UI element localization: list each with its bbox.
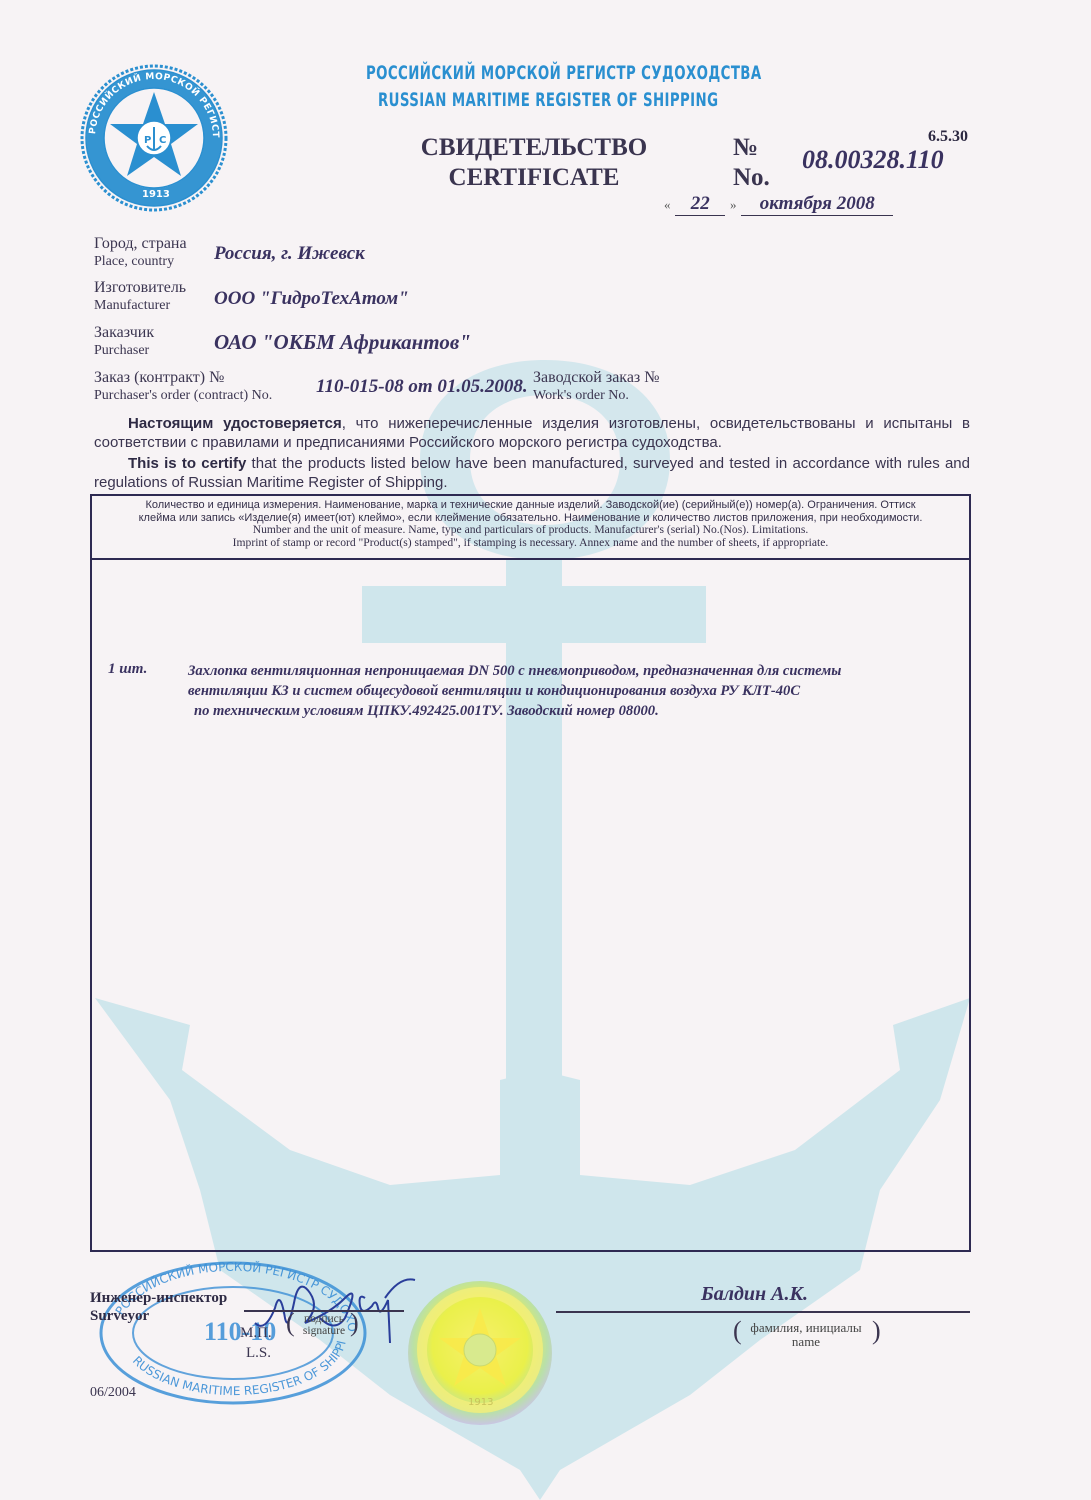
svg-text:1913: 1913 [142, 189, 170, 200]
number-label-en: No. [733, 163, 770, 193]
surveyor-label-en: Surveyor [90, 1307, 149, 1325]
signature-line [244, 1310, 404, 1312]
table-header-en-line-1: Number and the unit of measure. Name, ty… [92, 524, 969, 537]
date-day: 22 [675, 193, 725, 216]
name-label-en: name [743, 1335, 869, 1349]
name-paren-close: ) [872, 1316, 881, 1346]
name-line [556, 1311, 970, 1313]
name-caption: фамилия, инициалы name [743, 1321, 869, 1349]
signature-label-en: signature [296, 1325, 352, 1337]
certify-lead-ru: Настоящим удостоверяется [128, 415, 342, 432]
products-table-header: Количество и единица измерения. Наименов… [92, 496, 969, 560]
item-quantity: 1 шт. [108, 661, 147, 678]
surveyor-label-ru: Инженер-инспектор [90, 1289, 227, 1307]
form-edition: 06/2004 [90, 1385, 136, 1401]
certify-text-ru: Настоящим удостоверяется, что нижеперечи… [94, 414, 970, 452]
form-number: 6.5.30 [928, 128, 968, 146]
purchaser-value: ОАО "ОКБМ Африкантов" [214, 330, 471, 355]
svg-text:1913: 1913 [468, 1397, 493, 1408]
purchaser-label-en: Purchaser [94, 342, 149, 360]
register-name-ru: РОССИЙСКИЙ МОРСКОЙ РЕГИСТР СУДОХОДСТВА [366, 62, 762, 84]
order-value: 110-015-08 от 01.05.2008. [316, 376, 528, 398]
certificate-title-ru: СВИДЕТЕЛЬСТВО [384, 133, 684, 163]
date-open-quote: « [664, 197, 671, 212]
works-order-label-ru: Заводской заказ № [533, 369, 660, 387]
signature-paren-close: ) [350, 1308, 359, 1338]
certify-lead-en: This is to certify [128, 455, 246, 472]
signature-caption: подпись signature [296, 1313, 352, 1337]
item-description-line-2: вентиляции КЗ и систем общесудовой венти… [188, 681, 800, 701]
svg-text:Р: Р [144, 135, 151, 146]
inspector-name: Балдин А.К. [701, 1283, 808, 1306]
table-header-ru-line-1: Количество и единица измерения. Наименов… [92, 499, 969, 512]
seal-label-en: L.S. [246, 1345, 271, 1362]
svg-text:С: С [159, 135, 166, 146]
item-description-line-1: Захлопка вентиляционная непроницаемая DN… [188, 661, 841, 681]
table-header-en-line-2: Imprint of stamp or record "Product(s) s… [92, 537, 969, 550]
hologram-seal-icon: 1913 [405, 1278, 555, 1428]
purchaser-label-ru: Заказчик [94, 324, 154, 342]
name-label-ru: фамилия, инициалы [743, 1321, 869, 1335]
date-close-quote: » [730, 197, 737, 212]
certificate-number: 08.00328.110 [802, 145, 944, 175]
place-label-en: Place, country [94, 253, 174, 271]
manufacturer-value: ООО "ГидроТехАтом" [214, 288, 409, 310]
place-value: Россия, г. Ижевск [214, 243, 365, 265]
order-label-en: Purchaser's order (contract) No. [94, 387, 272, 405]
number-label-ru: № [733, 133, 758, 163]
register-logo-icon: Р С 1913 РОССИЙСКИЙ МОРСКОЙ РЕГИСТР СУДО… [80, 64, 228, 212]
signature-label-ru: подпись [296, 1313, 352, 1325]
place-label-ru: Город, страна [94, 235, 187, 253]
item-description-line-3: по техническим условиям ЦПКУ.492425.001Т… [194, 701, 659, 721]
manufacturer-label-ru: Изготовитель [94, 279, 186, 297]
certificate-title-en: CERTIFICATE [384, 163, 684, 193]
certify-text-en: This is to certify that the products lis… [94, 454, 970, 492]
name-paren-open: ( [733, 1316, 742, 1346]
order-label-ru: Заказ (контракт) № [94, 369, 224, 387]
seal-label-ru: М.П. [240, 1325, 272, 1342]
works-order-label-en: Work's order No. [533, 387, 629, 405]
issue-date: « 22 » октября 2008 [664, 193, 893, 216]
manufacturer-label-en: Manufacturer [94, 297, 170, 315]
signature-paren-open: ( [286, 1308, 295, 1338]
products-table: Количество и единица измерения. Наименов… [90, 494, 971, 1252]
date-month-year: октября 2008 [741, 193, 893, 216]
register-name-en: RUSSIAN MARITIME REGISTER OF SHIPPING [378, 89, 718, 111]
